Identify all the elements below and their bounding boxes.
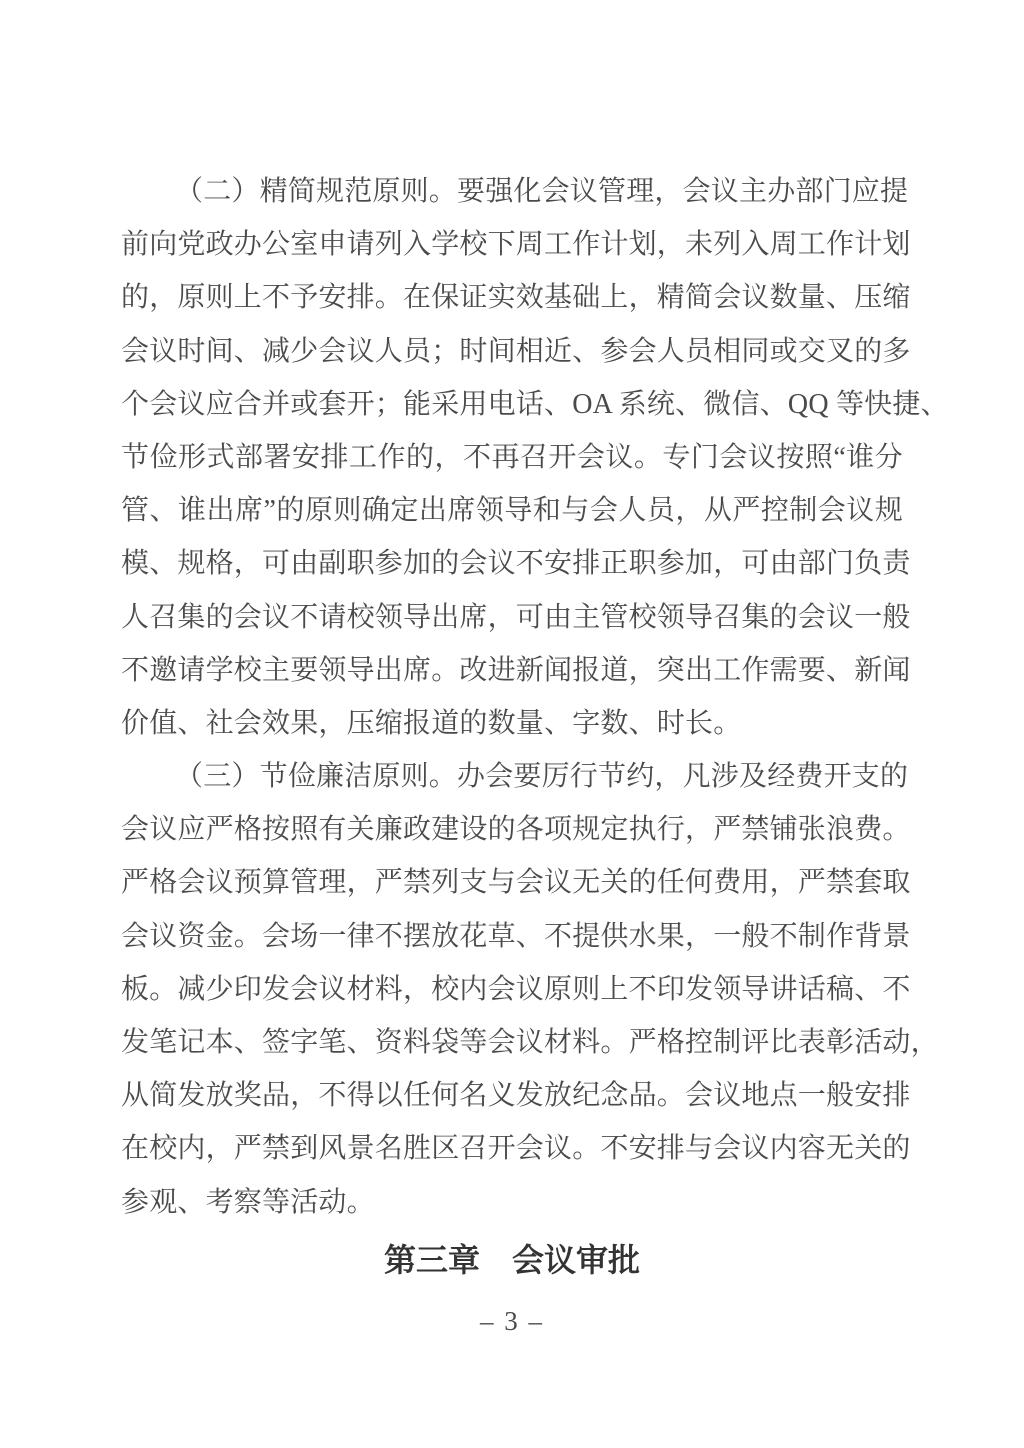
text-line: 严格会议预算管理，严禁列支与会议无关的任何费用，严禁套取 bbox=[121, 856, 903, 909]
chapter-heading: 第三章 会议审批 bbox=[0, 1234, 1024, 1287]
text-line: 前向党政办公室申请列入学校下周工作计划，未列入周工作计划 bbox=[121, 218, 903, 271]
text-line: 节俭形式部署安排工作的，不再召开会议。专门会议按照“谁分 bbox=[121, 431, 903, 484]
text-line: 参观、考察等活动。 bbox=[121, 1176, 903, 1229]
text-line: 价值、社会效果，压缩报道的数量、字数、时长。 bbox=[121, 697, 903, 750]
text-line: 板。减少印发会议材料，校内会议原则上不印发领导讲话稿、不 bbox=[121, 963, 903, 1016]
text-line: 会议时间、减少会议人员；时间相近、参会人员相同或交叉的多 bbox=[121, 325, 903, 378]
text-line: （二）精简规范原则。要强化会议管理，会议主办部门应提 bbox=[121, 165, 903, 218]
text-line: 的，原则上不予安排。在保证实效基础上，精简会议数量、压缩 bbox=[121, 271, 903, 324]
page-number: – 3 – bbox=[0, 1297, 1024, 1345]
text-line: 会议资金。会场一律不摆放花草、不提供水果，一般不制作背景 bbox=[121, 910, 903, 963]
text-line: 个会议应合并或套开；能采用电话、OA 系统、微信、QQ 等快捷、 bbox=[121, 378, 903, 431]
document-lines: （二）精简规范原则。要强化会议管理，会议主办部门应提前向党政办公室申请列入学校下… bbox=[121, 165, 903, 1229]
text-line: 在校内，严禁到风景名胜区召开会议。不安排与会议内容无关的 bbox=[121, 1122, 903, 1175]
text-line: 人召集的会议不请校领导出席，可由主管校领导召集的会议一般 bbox=[121, 591, 903, 644]
text-line: 从简发放奖品，不得以任何名义发放纪念品。会议地点一般安排 bbox=[121, 1069, 903, 1122]
text-line: 模、规格，可由副职参加的会议不安排正职参加，可由部门负责 bbox=[121, 537, 903, 590]
text-line: 会议应严格按照有关廉政建设的各项规定执行，严禁铺张浪费。 bbox=[121, 803, 903, 856]
document-page: （二）精简规范原则。要强化会议管理，会议主办部门应提前向党政办公室申请列入学校下… bbox=[0, 0, 1024, 1448]
text-line: （三）节俭廉洁原则。办会要厉行节约，凡涉及经费开支的 bbox=[121, 750, 903, 803]
text-line: 发笔记本、签字笔、资料袋等会议材料。严格控制评比表彰活动， bbox=[121, 1016, 903, 1069]
text-line: 不邀请学校主要领导出席。改进新闻报道，突出工作需要、新闻 bbox=[121, 644, 903, 697]
text-line: 管、谁出席”的原则确定出席领导和与会人员，从严控制会议规 bbox=[121, 484, 903, 537]
